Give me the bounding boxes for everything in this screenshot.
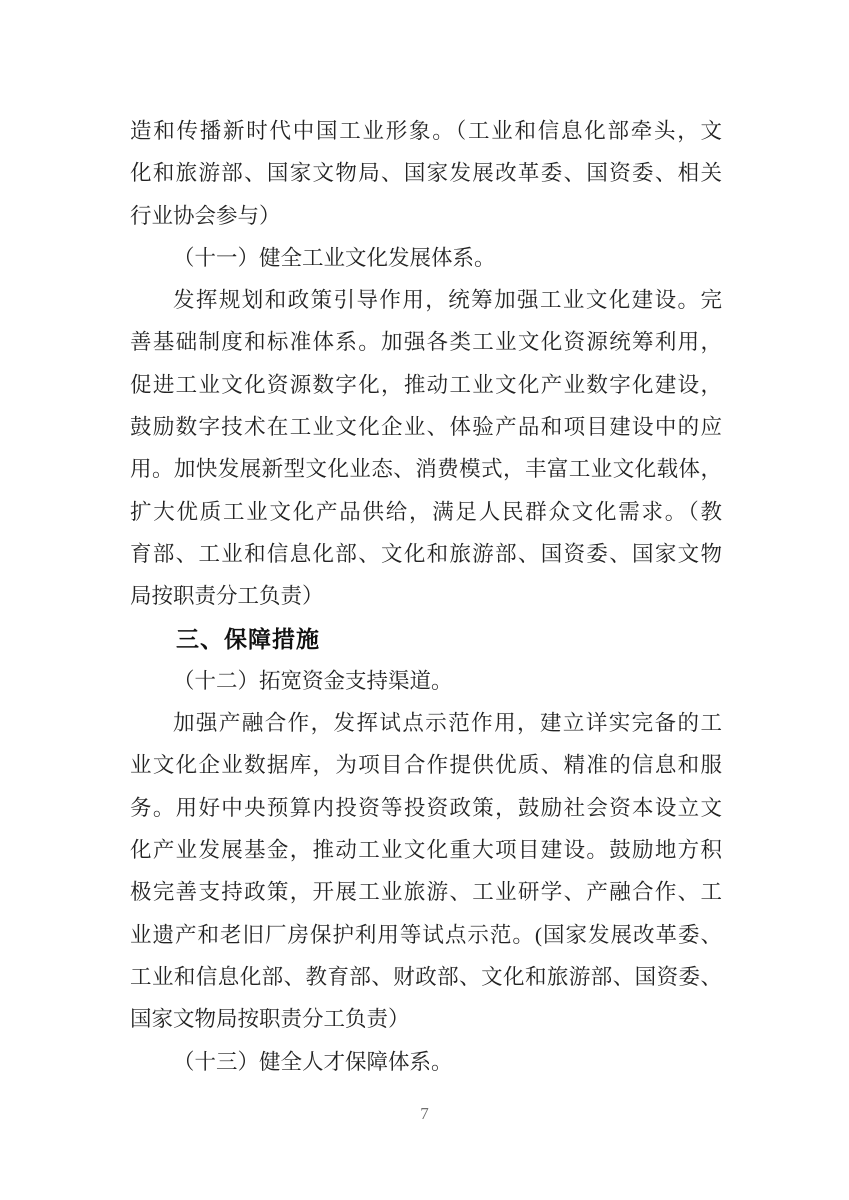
text-line: 育部、工业和信息化部、文化和旅游部、国资委、国家文物	[130, 533, 722, 575]
document-text: 造和传播新时代中国工业形象。（工业和信息化部牵头，文 化和旅游部、国家文物局、国…	[130, 110, 722, 1083]
text-line: 善基础制度和标准体系。加强各类工业文化资源统筹利用，	[130, 321, 722, 363]
text-line: 化产业发展基金，推动工业文化重大项目建设。鼓励地方积	[130, 829, 722, 871]
text-line: 国家文物局按职责分工负责）	[130, 998, 722, 1040]
clause-heading-12: （十二）拓宽资金支持渠道。	[130, 660, 722, 702]
text-line: 扩大优质工业文化产品供给，满足人民群众文化需求。（教	[130, 491, 722, 533]
text-line: （十二）拓宽资金支持渠道。	[130, 660, 722, 702]
text-line: 化和旅游部、国家文物局、国家发展改革委、国资委、相关	[130, 152, 722, 194]
clause-heading-13: （十三）健全人才保障体系。	[130, 1041, 722, 1083]
text-line: 加强产融合作，发挥试点示范作用，建立详实完备的工	[130, 702, 722, 744]
paragraph-12: 加强产融合作，发挥试点示范作用，建立详实完备的工 业文化企业数据库，为项目合作提…	[130, 702, 722, 1040]
text-line: 行业协会参与）	[130, 195, 722, 237]
text-line: 促进工业文化资源数字化，推动工业文化产业数字化建设，	[130, 364, 722, 406]
page-number: 7	[420, 1104, 429, 1123]
paragraph-11: 发挥规划和政策引导作用，统筹加强工业文化建设。完 善基础制度和标准体系。加强各类…	[130, 279, 722, 617]
text-line: 业文化企业数据库，为项目合作提供优质、精准的信息和服	[130, 744, 722, 786]
document-page: 造和传播新时代中国工业形象。（工业和信息化部牵头，文 化和旅游部、国家文物局、国…	[0, 0, 849, 1200]
text-line: 业遗产和老旧厂房保护利用等试点示范。(国家发展改革委、	[130, 914, 722, 956]
text-line: 局按职责分工负责）	[130, 575, 722, 617]
clause-heading-11: （十一）健全工业文化发展体系。	[130, 237, 722, 279]
text-line: 用。加快发展新型文化业态、消费模式，丰富工业文化载体，	[130, 448, 722, 490]
text-line: 鼓励数字技术在工业文化企业、体验产品和项目建设中的应	[130, 406, 722, 448]
text-line: 工业和信息化部、教育部、财政部、文化和旅游部、国资委、	[130, 956, 722, 998]
paragraph-continued: 造和传播新时代中国工业形象。（工业和信息化部牵头，文 化和旅游部、国家文物局、国…	[130, 110, 722, 237]
text-line: 务。用好中央预算内投资等投资政策，鼓励社会资本设立文	[130, 787, 722, 829]
text-line: （十三）健全人才保障体系。	[130, 1041, 722, 1083]
section-heading-3: 三、保障措施	[130, 618, 722, 660]
section-heading: 三、保障措施	[130, 618, 722, 660]
text-line: 造和传播新时代中国工业形象。（工业和信息化部牵头，文	[130, 110, 722, 152]
page-footer: 7	[0, 1103, 849, 1125]
text-line: 发挥规划和政策引导作用，统筹加强工业文化建设。完	[130, 279, 722, 321]
text-line: 极完善支持政策，开展工业旅游、工业研学、产融合作、工	[130, 871, 722, 913]
text-line: （十一）健全工业文化发展体系。	[130, 237, 722, 279]
